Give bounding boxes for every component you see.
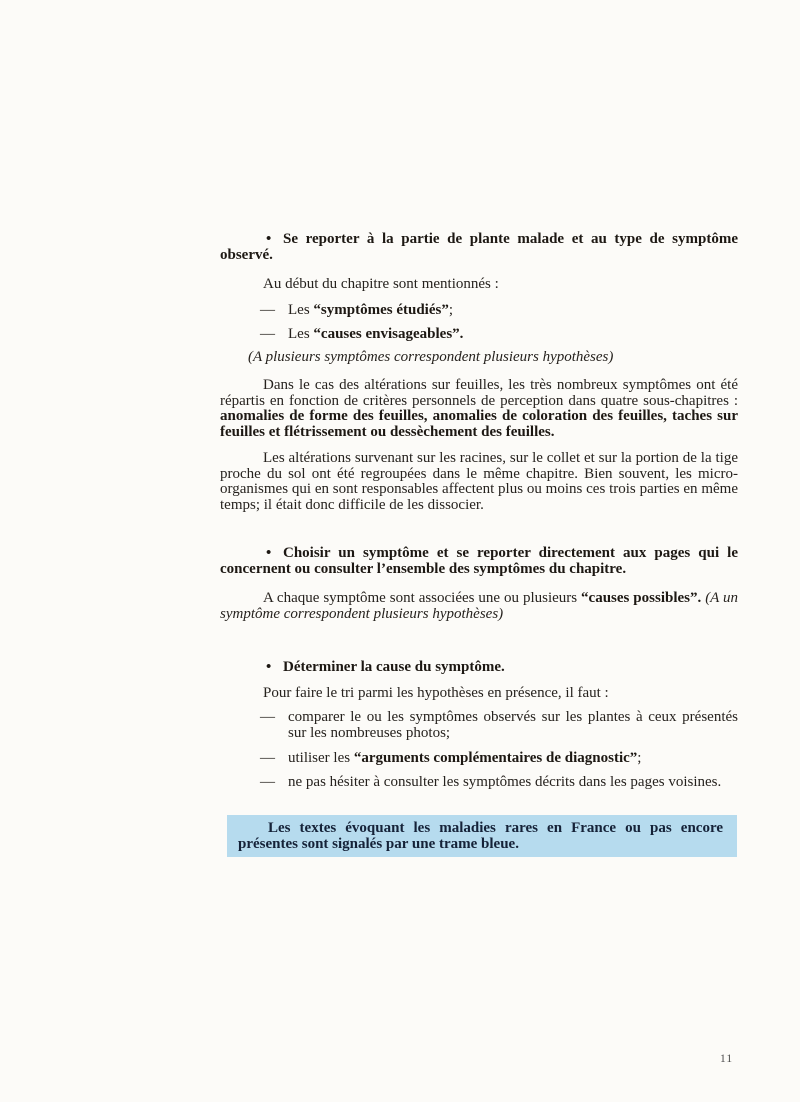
list-dash: — — [260, 710, 288, 726]
text-segment: Déterminer la cause du symptôme. — [283, 659, 505, 675]
text-segment: Les altérations survenant sur les racine… — [220, 450, 738, 513]
text-segment: ; — [449, 302, 453, 318]
text-segment: (A plusieurs symptômes correspondent plu… — [248, 349, 613, 365]
list-item-comparer: —comparer le ou les symptômes observés s… — [220, 710, 738, 741]
list-dash: — — [260, 775, 288, 791]
text-segment: Les — [288, 302, 313, 318]
page-number: 11 — [720, 1053, 733, 1065]
text-segment: anomalies de forme des feuilles, anomali… — [220, 408, 738, 440]
text-segment: “causes envisageables”. — [313, 326, 463, 342]
text-segment: utiliser les — [288, 750, 354, 766]
text-segment: “arguments complémentaires de diagnostic… — [354, 750, 637, 766]
document-page: •Se reporter à la partie de plante malad… — [0, 0, 800, 1102]
text-segment: Se reporter à la partie de plante malade… — [220, 231, 738, 263]
highlight-box-text: Les textes évoquant les maladies rares e… — [238, 821, 723, 852]
paragraph-alterations-feuilles: Dans le cas des altérations sur feuilles… — [220, 378, 738, 440]
text-segment: Les textes évoquant les maladies rares e… — [238, 820, 723, 852]
text-segment: Au début du chapitre sont mentionnés : — [263, 276, 499, 292]
bullet-icon: • — [266, 660, 283, 676]
text-segment: A chaque symptôme sont associées une ou … — [263, 590, 581, 606]
list-dash: — — [260, 751, 288, 767]
text-segment: Pour faire le tri parmi les hypothèses e… — [263, 685, 609, 701]
text-segment: ne pas hésiter à consulter les symptômes… — [288, 774, 721, 790]
text-segment: comparer le ou les symptômes observés su… — [288, 709, 738, 741]
list-dash: — — [260, 327, 288, 343]
text-segment: Les — [288, 326, 313, 342]
paragraph-pour-faire-le-tri: Pour faire le tri parmi les hypothèses e… — [220, 686, 738, 702]
bullet-item-determiner-cause: •Déterminer la cause du symptôme. — [220, 660, 738, 676]
bullet-icon: • — [266, 232, 283, 248]
text-segment: “symptômes étudiés” — [313, 302, 448, 318]
text-segment: Choisir un symptôme et se reporter direc… — [220, 545, 738, 577]
list-item-utiliser-arguments: —utiliser les “arguments complémentaires… — [220, 751, 738, 767]
text-segment: Dans le cas des altérations sur feuilles… — [220, 377, 738, 409]
paragraph-au-debut: Au début du chapitre sont mentionnés : — [220, 277, 738, 293]
list-item-symptomes-etudies: —Les “symptômes étudiés”; — [220, 303, 738, 319]
bullet-item-choisir-symptome: •Choisir un symptôme et se reporter dire… — [220, 546, 738, 577]
text-segment: ; — [637, 750, 641, 766]
text-column: •Se reporter à la partie de plante malad… — [220, 232, 738, 857]
paragraph-alterations-racines: Les altérations survenant sur les racine… — [220, 451, 738, 513]
note-plusieurs-symptomes: (A plusieurs symptômes correspondent plu… — [220, 350, 738, 366]
bullet-icon: • — [266, 546, 283, 562]
bullet-item-se-reporter: •Se reporter à la partie de plante malad… — [220, 232, 738, 263]
paragraph-causes-possibles: A chaque symptôme sont associées une ou … — [220, 591, 738, 622]
highlight-box-blue: Les textes évoquant les maladies rares e… — [227, 815, 737, 857]
list-item-ne-pas-hesiter: —ne pas hésiter à consulter les symptôme… — [220, 775, 738, 791]
text-segment: “causes possi­bles”. — [581, 590, 701, 606]
list-dash: — — [260, 303, 288, 319]
list-item-causes-envisageables: —Les “causes envisageables”. — [220, 327, 738, 343]
